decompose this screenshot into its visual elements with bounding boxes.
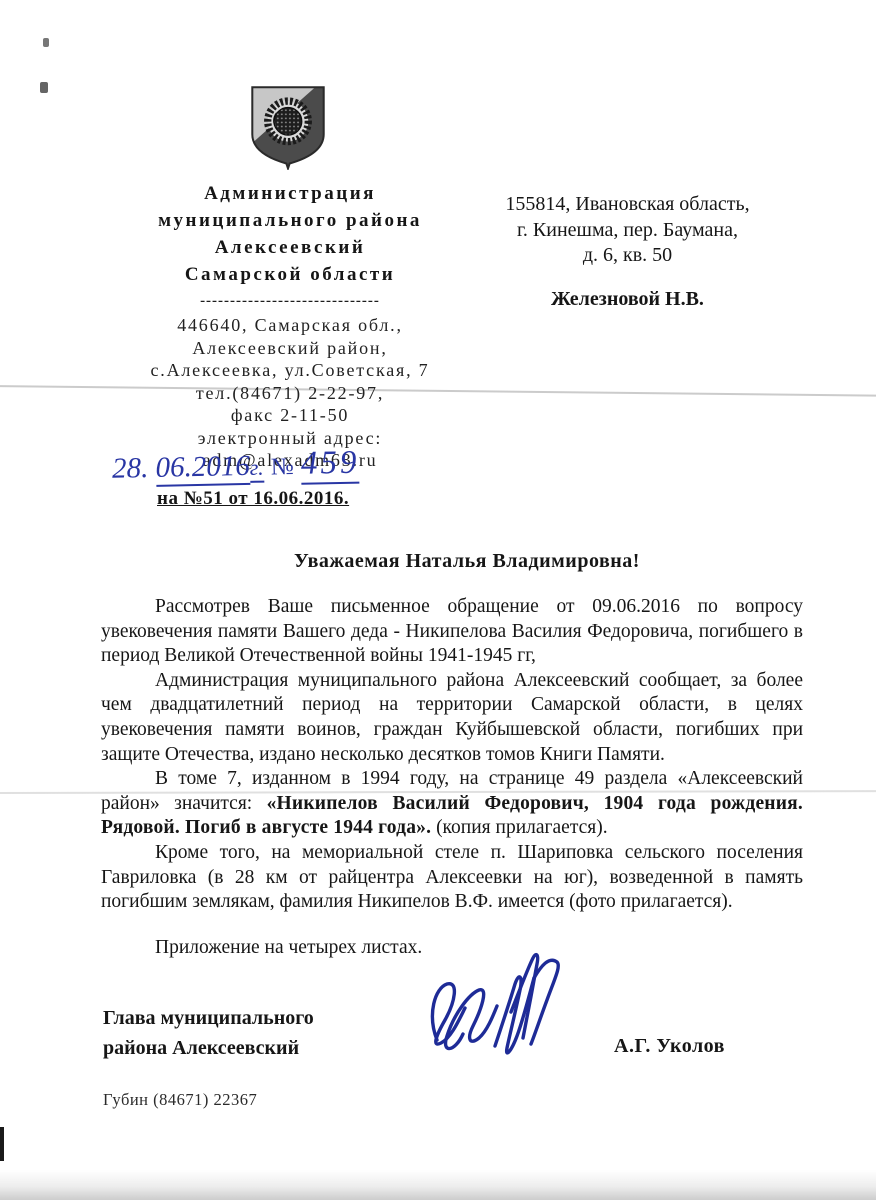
signatory-title: Глава муниципального района Алексеевский (103, 1003, 383, 1063)
executor-contact: Губин (84671) 22367 (103, 1090, 257, 1110)
recipient-name: Железновой Н.В. (455, 288, 800, 311)
org-name-line: Самарской области (110, 261, 470, 288)
signature-icon (415, 948, 575, 1068)
scan-speck (40, 82, 48, 93)
sender-address-line: Алексеевский район, (110, 337, 470, 360)
scan-edge-mark (0, 1127, 4, 1161)
paragraphs: Рассмотрев Ваше письменное обращение от … (101, 595, 803, 915)
handwritten-outgoing-number: 459 (301, 445, 360, 485)
org-name-line: муниципального района (110, 207, 470, 234)
paragraph-3: В томе 7, изданном в 1994 году, на стран… (101, 767, 803, 841)
scan-speck (43, 38, 49, 47)
sunflower-shield-icon (247, 84, 329, 170)
recipient-address-line: 155814, Ивановская область, (455, 192, 800, 218)
coat-of-arms (247, 84, 329, 170)
signatory-title-line: Глава муниципального (103, 1003, 383, 1033)
handwritten-date-suffix: г. (250, 455, 264, 483)
sender-letterhead: Администрация муниципального района Алек… (110, 180, 470, 472)
paragraph-1: Рассмотрев Ваше письменное обращение от … (101, 595, 803, 669)
reference-block: 28. 06.2016г. № 459 на №51 от 16.06.2016… (112, 447, 472, 510)
number-sign: № (271, 454, 294, 480)
org-name-line: Алексеевский (110, 234, 470, 261)
scan-bottom-shadow (0, 1170, 876, 1200)
sender-address-line: тел.(84671) 2-22-97, (110, 382, 470, 405)
handwritten-date-number: 28. 06.2016г. № 459 (112, 443, 473, 488)
signatory-title-line: района Алексеевский (103, 1033, 383, 1063)
recipient-address-line: д. 6, кв. 50 (455, 243, 800, 269)
sender-address-line: с.Алексеевка, ул.Советская, 7 (110, 359, 470, 382)
signatory-name: А.Г. Уколов (614, 1035, 725, 1058)
org-name-line: Администрация (110, 180, 470, 207)
salutation: Уважаемая Наталья Владимировна! (101, 550, 803, 573)
letterhead-divider: ------------------------------ (110, 292, 470, 310)
paragraph-2: Администрация муниципального района Алек… (101, 669, 803, 767)
sender-address-line: 446640, Самарская обл., (110, 314, 470, 337)
recipient-block: 155814, Ивановская область, г. Кинешма, … (455, 192, 800, 311)
handwritten-signature (415, 948, 575, 1068)
reply-to-reference: на №51 от 16.06.2016. (157, 488, 472, 510)
handwritten-date: 06.2016 (155, 450, 250, 487)
letter-body: Уважаемая Наталья Владимировна! Рассмотр… (101, 550, 803, 959)
scanned-letter-page: Администрация муниципального района Алек… (0, 0, 876, 1200)
handwritten-day: 28. (112, 452, 149, 485)
recipient-address-line: г. Кинешма, пер. Баумана, (455, 218, 800, 244)
paragraph-3-note: (копия прилагается). (431, 817, 607, 838)
sender-address-line: факс 2-11-50 (110, 404, 470, 427)
paragraph-4: Кроме того, на мемориальной стеле п. Шар… (101, 841, 803, 915)
